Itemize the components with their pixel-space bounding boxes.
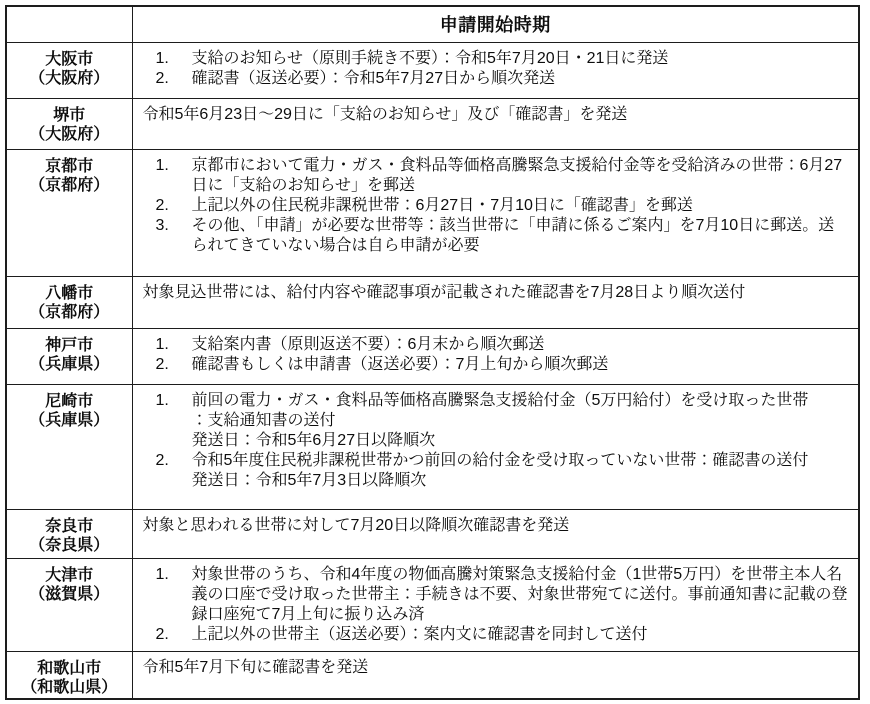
- header-title: 申請開始時期: [132, 6, 859, 42]
- city-name: 奈良市: [7, 517, 132, 536]
- detail-item: 確認書（返送必要）：令和5年7月27日から順次発送: [192, 69, 849, 89]
- prefecture-name: （奈良県）: [7, 536, 132, 555]
- detail-cell: 令和5年7月下旬に確認書を発送: [132, 651, 859, 699]
- city-cell: 八幡市 （京都府）: [6, 276, 132, 328]
- table-row-wakayama: 和歌山市 （和歌山県） 令和5年7月下旬に確認書を発送: [6, 651, 859, 699]
- city-name: 堺市: [7, 106, 132, 125]
- detail-item: 前回の電力・ガス・食料品等価格高騰緊急支援給付金（5万円給付）を受け取った世帯 …: [192, 391, 849, 451]
- city-cell: 堺市 （大阪府）: [6, 98, 132, 149]
- table-row-amagasaki: 尼崎市 （兵庫県） 前回の電力・ガス・食料品等価格高騰緊急支援給付金（5万円給付…: [6, 384, 859, 509]
- table-row-nara: 奈良市 （奈良県） 対象と思われる世帯に対して7月20日以降順次確認書を発送: [6, 509, 859, 558]
- detail-text: 令和5年7月下旬に確認書を発送: [143, 658, 849, 678]
- prefecture-name: （京都府）: [7, 176, 132, 195]
- prefecture-name: （和歌山県）: [7, 678, 132, 697]
- detail-cell: 対象世帯のうち、令和4年度の物価高騰対策緊急支援給付金（1世帯5万円）を世帯主本…: [132, 558, 859, 651]
- detail-list: 前回の電力・ガス・食料品等価格高騰緊急支援給付金（5万円給付）を受け取った世帯 …: [143, 391, 849, 491]
- prefecture-name: （大阪府）: [7, 69, 132, 88]
- city-name: 八幡市: [7, 284, 132, 303]
- city-name: 和歌山市: [7, 659, 132, 678]
- application-start-schedule-table: 申請開始時期 大阪市 （大阪府） 支給のお知らせ（原則手続き不要）：令和5年7月…: [5, 5, 860, 700]
- detail-cell: 前回の電力・ガス・食料品等価格高騰緊急支援給付金（5万円給付）を受け取った世帯 …: [132, 384, 859, 509]
- city-cell: 京都市 （京都府）: [6, 149, 132, 276]
- detail-list: 支給のお知らせ（原則手続き不要）：令和5年7月20日・21日に発送 確認書（返送…: [143, 49, 849, 89]
- table-row-sakai: 堺市 （大阪府） 令和5年6月23日～29日に「支給のお知らせ」及び「確認書」を…: [6, 98, 859, 149]
- detail-cell: 京都市において電力・ガス・食料品等価格高騰緊急支援給付金等を受給済みの世帯：6月…: [132, 149, 859, 276]
- table-row-kobe: 神戸市 （兵庫県） 支給案内書（原則返送不要）：6月末から順次郵送 確認書もしく…: [6, 328, 859, 384]
- detail-item: 支給案内書（原則返送不要）：6月末から順次郵送: [192, 335, 849, 355]
- detail-text: 令和5年6月23日～29日に「支給のお知らせ」及び「確認書」を発送: [143, 105, 849, 125]
- detail-item: 支給のお知らせ（原則手続き不要）：令和5年7月20日・21日に発送: [192, 49, 849, 69]
- table-row-osaka-city: 大阪市 （大阪府） 支給のお知らせ（原則手続き不要）：令和5年7月20日・21日…: [6, 42, 859, 98]
- detail-list: 支給案内書（原則返送不要）：6月末から順次郵送 確認書もしくは申請書（返送必要）…: [143, 335, 849, 375]
- table-row-kyoto-city: 京都市 （京都府） 京都市において電力・ガス・食料品等価格高騰緊急支援給付金等を…: [6, 149, 859, 276]
- city-name: 神戸市: [7, 336, 132, 355]
- table-row-yawata: 八幡市 （京都府） 対象見込世帯には、給付内容や確認事項が記載された確認書を7月…: [6, 276, 859, 328]
- city-name: 尼崎市: [7, 392, 132, 411]
- detail-item: 上記以外の住民税非課税世帯：6月27日・7月10日に「確認書」を郵送: [192, 196, 849, 216]
- detail-list: 対象世帯のうち、令和4年度の物価高騰対策緊急支援給付金（1世帯5万円）を世帯主本…: [143, 565, 849, 645]
- detail-text: 対象と思われる世帯に対して7月20日以降順次確認書を発送: [143, 516, 849, 536]
- prefecture-name: （京都府）: [7, 303, 132, 322]
- detail-item: 確認書もしくは申請書（返送必要）：7月上旬から順次郵送: [192, 355, 849, 375]
- detail-item: 京都市において電力・ガス・食料品等価格高騰緊急支援給付金等を受給済みの世帯：6月…: [192, 156, 849, 196]
- city-cell: 和歌山市 （和歌山県）: [6, 651, 132, 699]
- detail-item: 上記以外の世帯主（返送必要）：案内文に確認書を同封して送付: [192, 625, 849, 645]
- detail-item: 対象世帯のうち、令和4年度の物価高騰対策緊急支援給付金（1世帯5万円）を世帯主本…: [192, 565, 849, 625]
- table-row-otsu: 大津市 （滋賀県） 対象世帯のうち、令和4年度の物価高騰対策緊急支援給付金（1世…: [6, 558, 859, 651]
- detail-cell: 支給案内書（原則返送不要）：6月末から順次郵送 確認書もしくは申請書（返送必要）…: [132, 328, 859, 384]
- city-cell: 大津市 （滋賀県）: [6, 558, 132, 651]
- header-row: 申請開始時期: [6, 6, 859, 42]
- prefecture-name: （大阪府）: [7, 125, 132, 144]
- city-cell: 大阪市 （大阪府）: [6, 42, 132, 98]
- prefecture-name: （滋賀県）: [7, 585, 132, 604]
- city-cell: 奈良市 （奈良県）: [6, 509, 132, 558]
- header-empty-cell: [6, 6, 132, 42]
- detail-text: 対象見込世帯には、給付内容や確認事項が記載された確認書を7月28日より順次送付: [143, 283, 849, 303]
- detail-cell: 支給のお知らせ（原則手続き不要）：令和5年7月20日・21日に発送 確認書（返送…: [132, 42, 859, 98]
- detail-cell: 対象と思われる世帯に対して7月20日以降順次確認書を発送: [132, 509, 859, 558]
- city-name: 大阪市: [7, 50, 132, 69]
- city-cell: 尼崎市 （兵庫県）: [6, 384, 132, 509]
- detail-item: 令和5年度住民税非課税世帯かつ前回の給付金を受け取っていない世帯：確認書の送付 …: [192, 451, 849, 491]
- prefecture-name: （兵庫県）: [7, 411, 132, 430]
- city-name: 大津市: [7, 566, 132, 585]
- city-name: 京都市: [7, 157, 132, 176]
- detail-list: 京都市において電力・ガス・食料品等価格高騰緊急支援給付金等を受給済みの世帯：6月…: [143, 156, 849, 256]
- city-cell: 神戸市 （兵庫県）: [6, 328, 132, 384]
- prefecture-name: （兵庫県）: [7, 355, 132, 374]
- detail-cell: 令和5年6月23日～29日に「支給のお知らせ」及び「確認書」を発送: [132, 98, 859, 149]
- detail-cell: 対象見込世帯には、給付内容や確認事項が記載された確認書を7月28日より順次送付: [132, 276, 859, 328]
- detail-item: その他、「申請」が必要な世帯等：該当世帯に「申請に係るご案内」を7月10日に郵送…: [192, 216, 849, 256]
